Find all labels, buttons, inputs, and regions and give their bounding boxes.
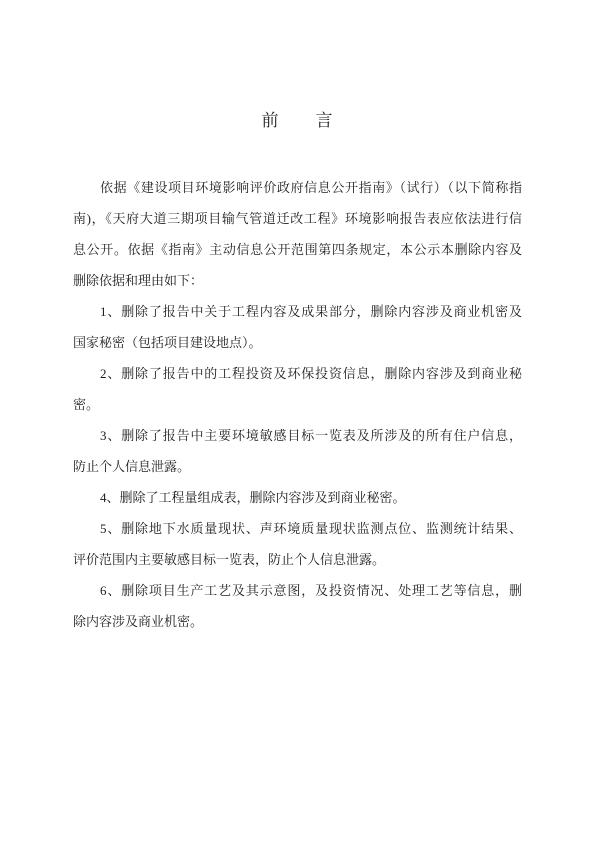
document-title: 前 言 <box>0 106 595 131</box>
text-line: 密。 <box>73 389 522 420</box>
text-line: 息公开。依据《指南》主动信息公开范围第四条规定，本公示本删除内容及 <box>73 234 522 265</box>
text-line: 国家秘密（包括项目建设地点）。 <box>73 327 522 358</box>
document-body: 依据《建设项目环境影响评价政府信息公开指南》（试行）（以下简称指 南)，《天府大… <box>73 172 522 637</box>
text-line: 删除依据和理由如下： <box>73 265 522 296</box>
text-line: 1、删除了报告中关于工程内容及成果部分，删除内容涉及商业机密及 <box>73 296 522 327</box>
text-line: 南)，《天府大道三期项目输气管道迁改工程》环境影响报告表应依法进行信 <box>73 203 522 234</box>
text-line: 防止个人信息泄露。 <box>73 451 522 482</box>
text-line: 依据《建设项目环境影响评价政府信息公开指南》（试行）（以下简称指 <box>73 172 522 203</box>
text-line: 6、删除项目生产工艺及其示意图，及投资情况、处理工艺等信息，删 <box>73 575 522 606</box>
text-line: 5、删除地下水质量现状、声环境质量现状监测点位、监测统计结果、 <box>73 513 522 544</box>
text-line: 3、删除了报告中主要环境敏感目标一览表及所涉及的所有住户信息， <box>73 420 522 451</box>
text-line: 除内容涉及商业机密。 <box>73 606 522 637</box>
document-page: 前 言 依据《建设项目环境影响评价政府信息公开指南》（试行）（以下简称指 南)，… <box>0 0 595 841</box>
text-line: 2、删除了报告中的工程投资及环保投资信息，删除内容涉及到商业秘 <box>73 358 522 389</box>
text-line: 4、删除了工程量组成表，删除内容涉及到商业秘密。 <box>73 482 522 513</box>
text-line: 评价范围内主要敏感目标一览表，防止个人信息泄露。 <box>73 544 522 575</box>
